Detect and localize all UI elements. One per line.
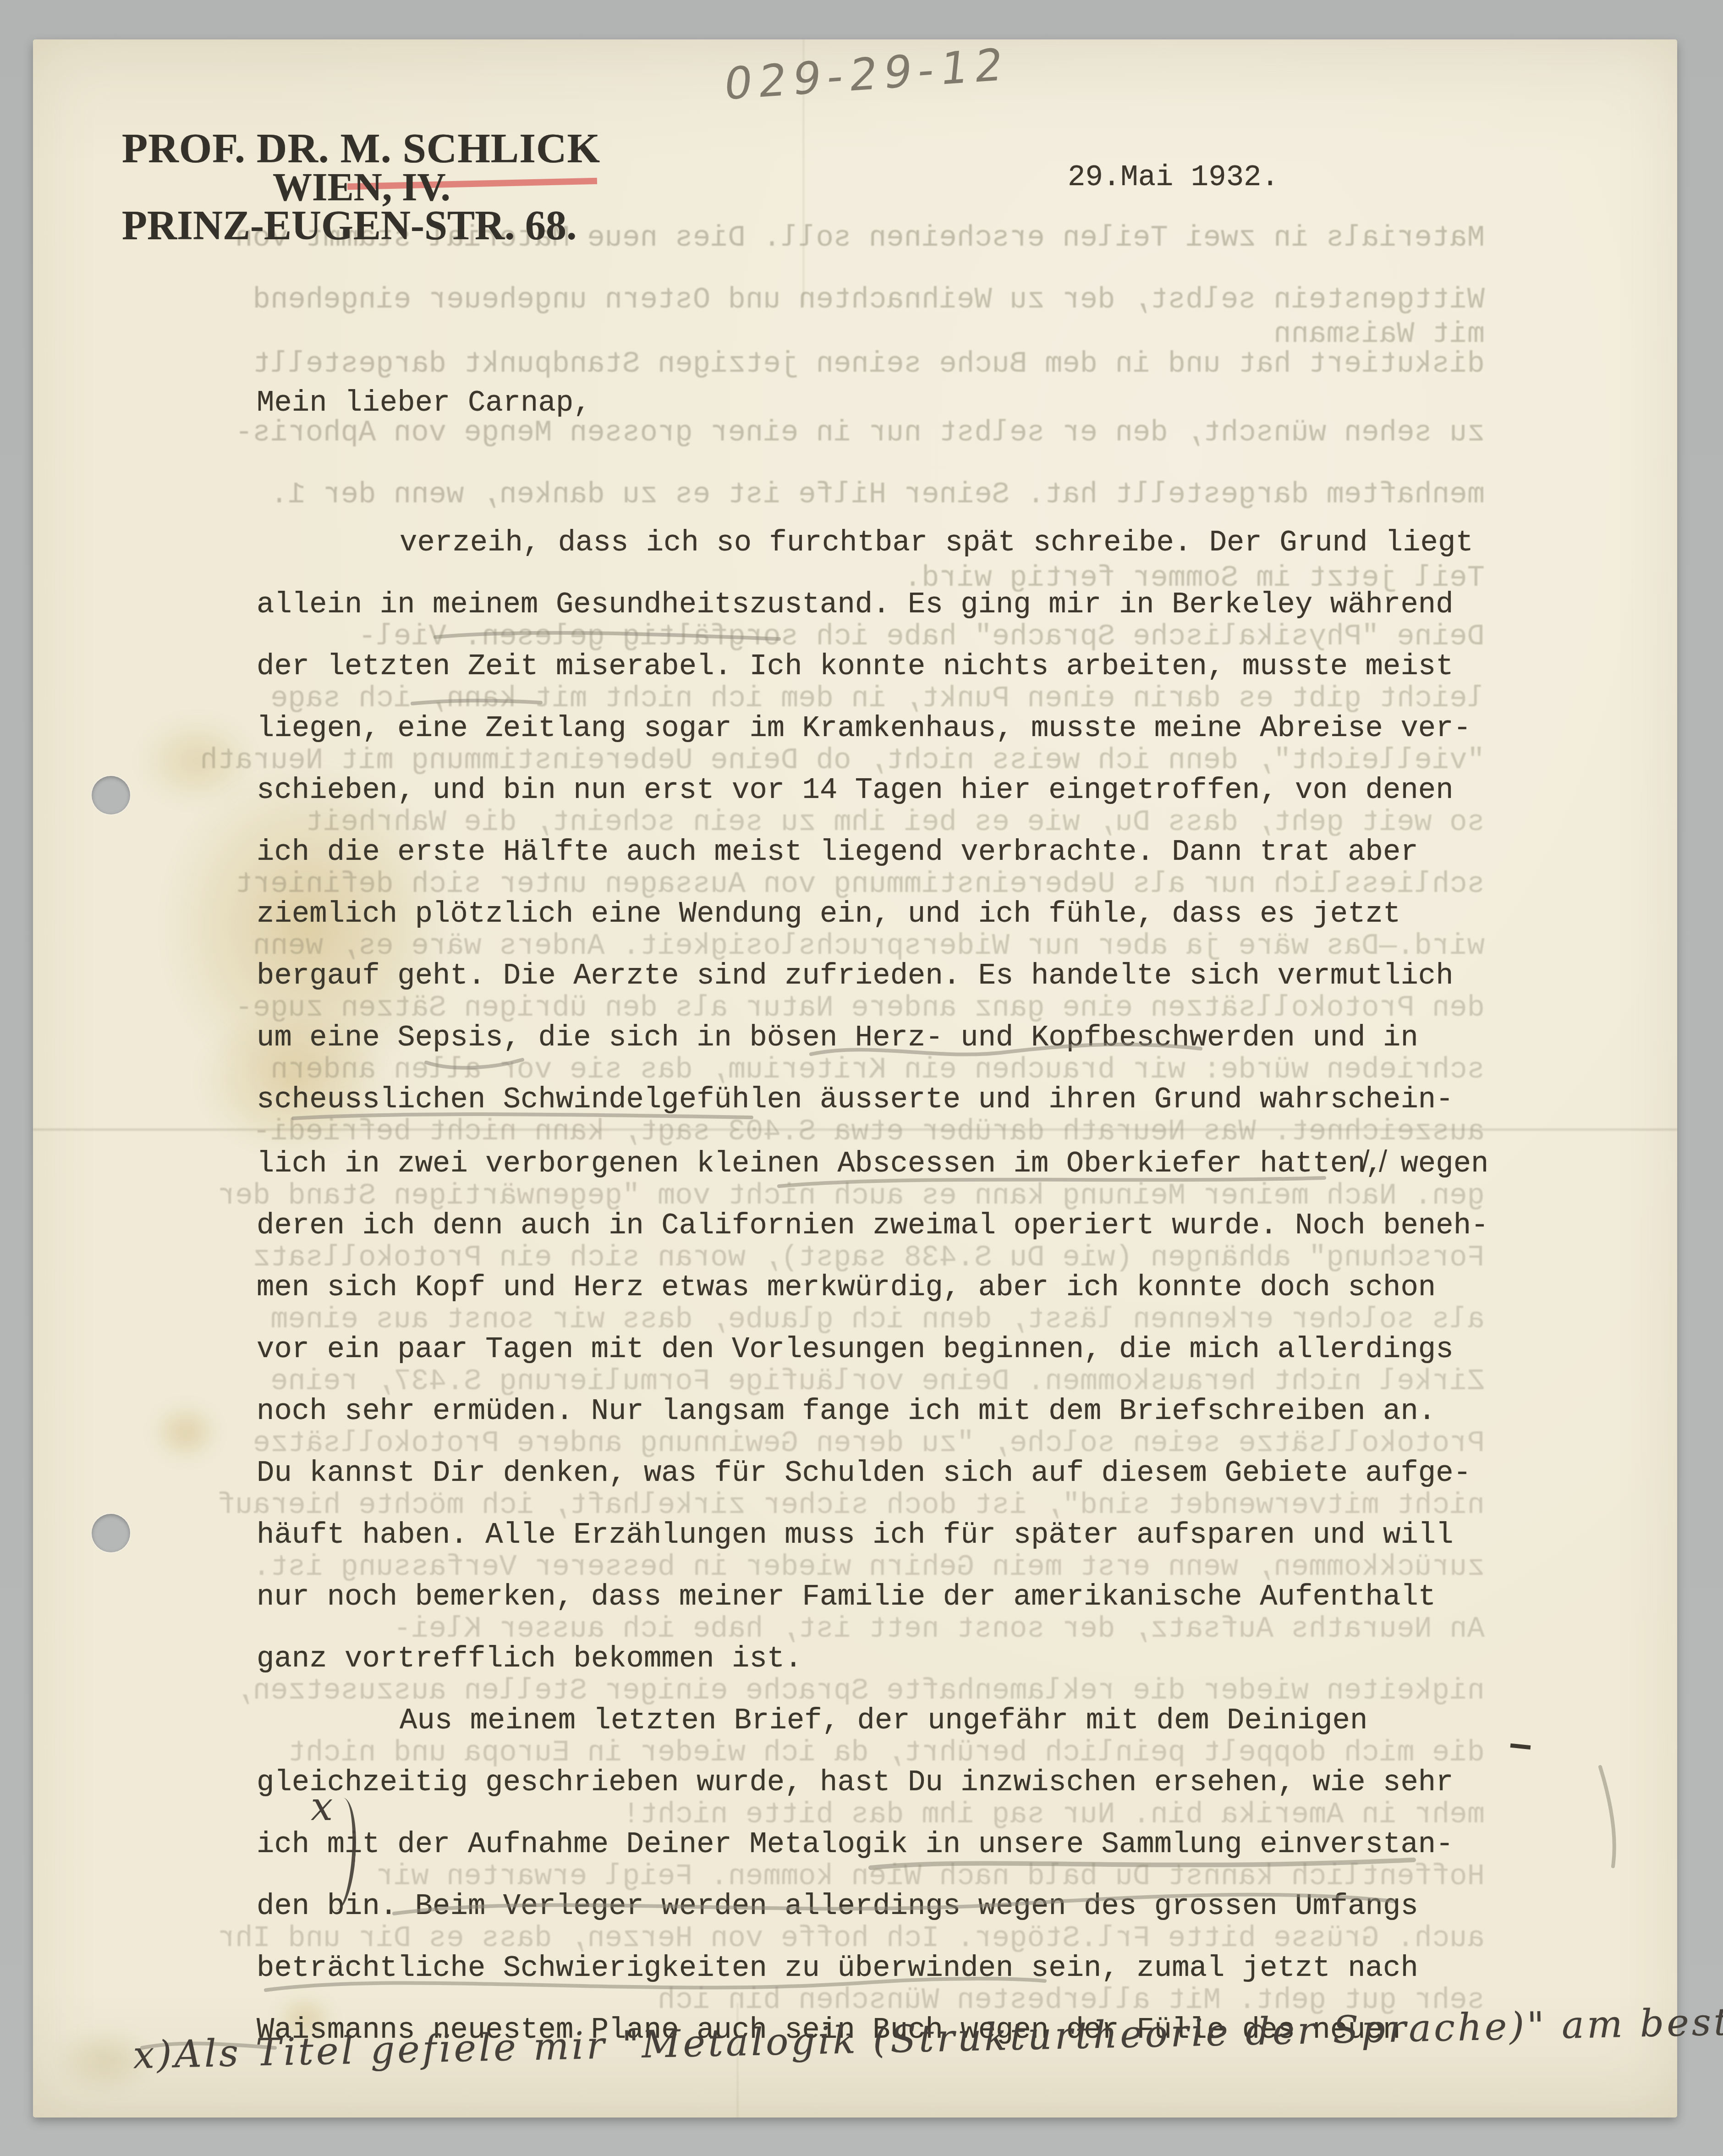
letterhead-street: PRINZ-EUGEN-STR. 68. xyxy=(122,206,601,246)
letterhead: PROF. DR. M. SCHLICK WIEN, IV. PRINZ-EUG… xyxy=(122,128,601,246)
typed-line: scheusslichen Schwindelgefühlen äusserte… xyxy=(257,1084,1454,1116)
typed-line: lich in zwei verborgenen kleinen Abscess… xyxy=(257,1148,1488,1180)
typed-line: deren ich denn auch in Californien zweim… xyxy=(257,1210,1488,1242)
typed-line: den bin. Beim Verleger werden allerdings… xyxy=(257,1891,1418,1923)
typed-line: noch sehr ermüden. Nur langsam fange ich… xyxy=(257,1396,1436,1428)
typed-line: allein in meinem Gesundheitszustand. Es … xyxy=(257,589,1454,621)
typed-line: men sich Kopf und Herz etwas merkwürdig,… xyxy=(257,1272,1436,1304)
typed-line: gleichzeitig geschrieben wurde, hast Du … xyxy=(257,1767,1454,1799)
typed-line: bergauf geht. Die Aerzte sind zufrieden.… xyxy=(257,960,1454,992)
typed-date: 29.Mai 1932. xyxy=(1068,161,1279,194)
typed-line: ich die erste Hälfte auch meist liegend … xyxy=(257,836,1418,869)
typed-line: ziemlich plötzlich eine Wendung ein, und… xyxy=(257,898,1400,930)
typed-text-layer: Mein lieber Carnap,verzeih, dass ich so … xyxy=(0,0,1723,2156)
letterhead-city: WIEN, IV. xyxy=(122,168,601,206)
typed-line: ich mit der Aufnahme Deiner Metalogik in… xyxy=(257,1829,1454,1861)
typed-line: Aus meinem letzten Brief, der ungefähr m… xyxy=(400,1705,1367,1737)
punch-hole xyxy=(92,1514,130,1552)
typed-line: häuft haben. Alle Erzählungen muss ich f… xyxy=(257,1519,1454,1551)
typed-line: verzeih, dass ich so furchtbar spät schr… xyxy=(400,527,1473,559)
typed-line: Du kannst Dir denken, was für Schulden s… xyxy=(257,1457,1471,1490)
typed-line: nur noch bemerken, dass meiner Familie d… xyxy=(257,1581,1436,1613)
typed-line: liegen, eine Zeitlang sogar im Kramkenha… xyxy=(257,713,1471,745)
typed-line: beträchtliche Schwierigkeiten zu überwin… xyxy=(257,1952,1418,1985)
punch-hole xyxy=(92,776,130,814)
scanned-letter: Materials in zwei Teilen erscheinen soll… xyxy=(0,0,1723,2156)
letterhead-name: PROF. DR. M. SCHLICK xyxy=(122,128,601,168)
typed-line: vor ein paar Tagen mit den Vorlesungen b… xyxy=(257,1334,1454,1366)
typed-line: Mein lieber Carnap, xyxy=(257,387,591,419)
typed-line: um eine Sepsis, die sich in bösen Herz- … xyxy=(257,1022,1418,1054)
typed-line: ganz vortrefflich bekommen ist. xyxy=(257,1643,802,1675)
typed-line: der letzten Zeit miserabel. Ich konnte n… xyxy=(257,651,1454,683)
typed-line: schieben, und bin nun erst vor 14 Tagen … xyxy=(257,775,1454,807)
